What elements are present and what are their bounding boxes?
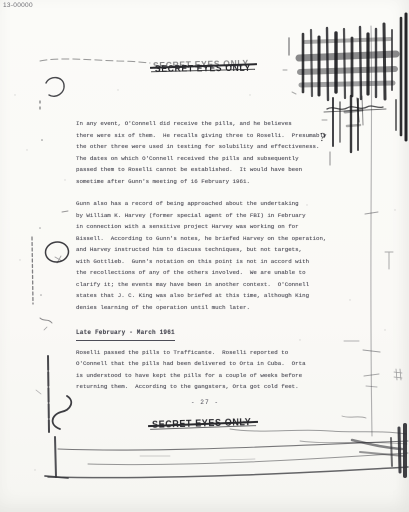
paragraph-2: Gunn also has a record of being approach… xyxy=(76,198,334,313)
typewritten-line: In any event, O'Connell did receive the … xyxy=(76,118,334,130)
archive-id: 13-00000 xyxy=(3,2,33,9)
typewritten-line: sometime after Gunn's meeting of 16 Febr… xyxy=(76,176,334,188)
typewritten-line: there were six of them. He recalls givin… xyxy=(76,130,334,142)
typewritten-line: is understood to have kept the pills for… xyxy=(76,370,334,382)
typewritten-line: the recollections of any of the others i… xyxy=(76,267,334,279)
classification-stamp-bottom: SECRET EYES ONLY xyxy=(152,415,252,432)
typewritten-line: states that J. C. King was also briefed … xyxy=(76,290,334,302)
scan-edge-lines-bottom xyxy=(45,425,408,478)
page-number: - 27 - xyxy=(76,399,334,406)
fold-line-right xyxy=(344,26,402,436)
typewritten-line: Gunn also has a record of being approach… xyxy=(76,198,334,210)
typewritten-line: O'Connell that the pills had been delive… xyxy=(76,358,334,370)
document-body: In any event, O'Connell did receive the … xyxy=(76,118,334,404)
typewritten-line: The dates on which O'Connell received th… xyxy=(76,153,334,165)
typewritten-line: with Gottlieb. Gunn's notation on this p… xyxy=(76,256,334,268)
typewritten-line: and Harvey instructed him to discuss tec… xyxy=(76,244,334,256)
typewritten-line: Roselli passed the pills to Trafficante.… xyxy=(76,347,334,359)
typewritten-line: passed them to Roselli cannot be establi… xyxy=(76,164,334,176)
typewritten-line: Bissell. According to Gunn's notes, he b… xyxy=(76,233,334,245)
paragraph-1: In any event, O'Connell did receive the … xyxy=(76,118,334,187)
typewritten-line: in connection with a sensitive project H… xyxy=(76,221,334,233)
classification-stamp-top: SECRET EYES ONLY SECRET EYES ONLY xyxy=(155,59,250,76)
paragraph-3: Roselli passed the pills to Trafficante.… xyxy=(76,347,334,393)
section-heading: Late February - March 1961 xyxy=(76,327,175,341)
typewritten-line: denies learning of the operation until m… xyxy=(76,302,334,314)
typewritten-line: clarify it; the events may have been in … xyxy=(76,279,334,291)
typewritten-line: by William K. Harvey (former special age… xyxy=(76,210,334,222)
typewritten-line: the other three were used in testing for… xyxy=(76,141,334,153)
scanned-document-page: 13-00000 SECRET EYES ONLY SECRET EYES ON… xyxy=(0,0,409,512)
typewritten-line: returning them. According to the gangste… xyxy=(76,381,334,393)
